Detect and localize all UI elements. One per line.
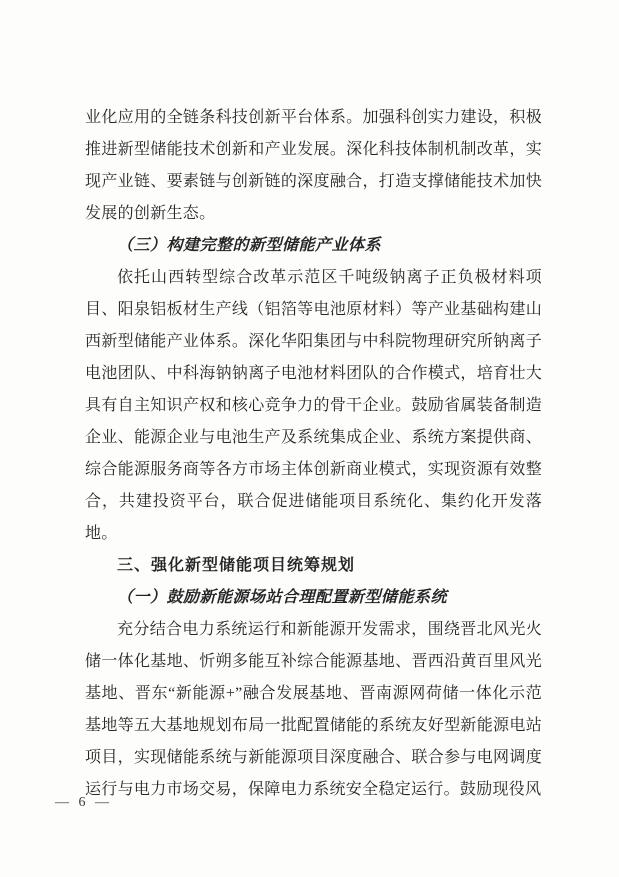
document-body: 业化应用的全链条科技创新平台体系。加强科创实力建设，积极推进新型储能技术创新和产…: [85, 102, 542, 806]
section-heading-san: （三）构建完整的新型储能产业体系: [85, 230, 542, 262]
document-page: 业化应用的全链条科技创新平台体系。加强科创实力建设，积极推进新型储能技术创新和产…: [0, 0, 619, 877]
paragraph-continuation: 业化应用的全链条科技创新平台体系。加强科创实力建设，积极推进新型储能技术创新和产…: [85, 102, 542, 230]
section-heading-yi: （一）鼓励新能源场站合理配置新型储能系统: [85, 582, 542, 614]
paragraph-industry-system: 依托山西转型综合改革示范区千吨级钠离子正负极材料项目、阳泉铝板材生产线（铝箔等电…: [85, 262, 542, 550]
page-number: — 6 —: [55, 795, 112, 811]
chapter-heading-planning: 三、强化新型储能项目统筹规划: [85, 550, 542, 582]
paragraph-new-energy-bases: 充分结合电力系统运行和新能源开发需求，围绕晋北风光火储一体化基地、忻朔多能互补综…: [85, 614, 542, 806]
